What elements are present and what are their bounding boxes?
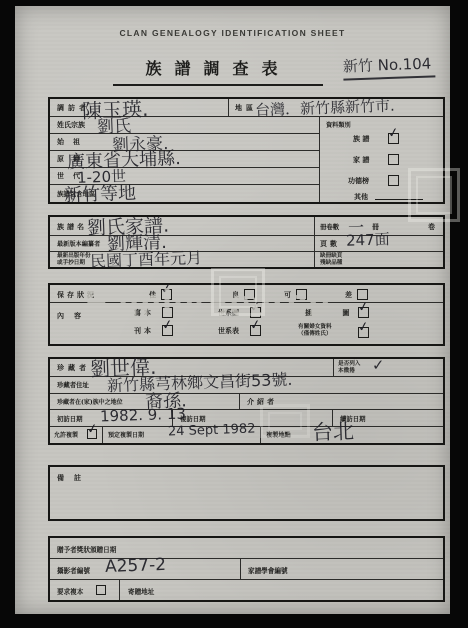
first-ancestor-label: 始祖 (57, 137, 89, 147)
checkbox-printed (162, 325, 173, 336)
holder-label: 珍藏者 (57, 363, 90, 373)
survey-table: 調訪者 地區 姓氏宗族 始祖 原籍 世代 族譜包含地區 資料類別 族 譜 家 譜… (48, 97, 445, 204)
permission-label: 允許複製 (54, 430, 78, 439)
remarks-label: 備註 (57, 473, 91, 483)
microfilm-frame: CLAN GENEALOGY IDENTIFICATION SHEET 族譜調查… (0, 0, 468, 628)
copy-date-label: 預定複製日期 (108, 430, 144, 439)
first-visit-value: 1982. 9. 13 (100, 405, 186, 426)
photographer-value: A257-2 (105, 555, 167, 577)
volumes-label: 冊卷數 (320, 222, 339, 231)
book-table: 族譜名 最新版本編纂者 最新出版年份 或手抄日期 冊卷數 冊 卷 頁數 缺冊缺頁… (48, 215, 445, 269)
type-other-label: 其他 (354, 192, 368, 202)
checkbox-jiapu (388, 154, 399, 165)
copy-date-value: 24 Sept 1982 (168, 421, 256, 439)
checkbox-illustrations (358, 307, 369, 318)
faint-seal-mark (211, 268, 265, 316)
photographer-label: 攝影者編號 (57, 565, 90, 575)
missing-label: 缺冊缺頁 殘缺品種 (320, 253, 342, 266)
volumes-unit2: 卷 (428, 222, 435, 232)
type-option-jiapu-label: 家 譜 (353, 155, 369, 165)
surname-label: 姓氏宗族 (57, 120, 85, 130)
checkbox-permission (87, 429, 97, 439)
listed-label: 是否列入 本微捲 (338, 361, 360, 374)
illustrations-label: 插 圖 (305, 308, 363, 318)
coverage-value: 新竹等地 (64, 179, 137, 207)
checkbox-cond-ok (296, 289, 307, 300)
english-title: CLAN GENEALOGY IDENTIFICATION SHEET (15, 28, 450, 38)
type-option-zupu-label: 族 譜 (353, 134, 369, 144)
copy-place-value: 台北 (311, 415, 354, 446)
faint-seal-mark (408, 168, 460, 222)
mailing-label: 寄贈地址 (128, 586, 154, 596)
form-title: 族譜調查表 (113, 56, 323, 86)
award-label: 贈予者獎狀頒贈日期 (57, 544, 116, 554)
holder-table: 珍藏者 是否列入 本微捲 ✓ 珍藏者住址 珍藏者在(家)族中之地位 介紹者 初訪… (48, 357, 445, 445)
cond-good-label: 佳 (149, 290, 156, 300)
form-paper: CLAN GENEALOGY IDENTIFICATION SHEET 族譜調查… (15, 6, 450, 614)
printed-label: 刊本 (134, 326, 154, 336)
serial-number: 新竹 No.104 (343, 52, 436, 80)
check-mark-icon: ✓ (372, 356, 385, 374)
checkbox-pedigree-table (250, 325, 261, 336)
pedigree-table-label: 世系表 (218, 326, 239, 336)
society-label: 家譜學會編號 (248, 565, 288, 575)
type-label: 資料類別 (326, 120, 351, 129)
checkbox-women-data (358, 327, 369, 338)
processing-table: 贈予者獎狀頒贈日期 攝影者編號 家譜學會編號 要求複本 寄贈地址 A257-2 (48, 536, 445, 602)
checkbox-zupu (388, 133, 399, 144)
checkbox-copy-request (96, 585, 106, 595)
book-title-label: 族譜名 (57, 222, 87, 232)
first-visit-label: 初訪日期 (57, 414, 83, 423)
checkbox-cond-good (161, 289, 172, 300)
faint-seal-mark (260, 404, 310, 438)
pages-value: 247面 (346, 228, 390, 251)
cond-ok-label: 可 (284, 290, 291, 300)
area-label: 地區 (235, 103, 257, 113)
address-label: 珍藏者住址 (57, 380, 89, 389)
type-option-gongdebang-label: 功德榜 (348, 176, 369, 186)
pages-label: 頁數 (320, 239, 340, 249)
checkbox-gongdebang (388, 175, 399, 186)
condition-label: 保存狀況 (57, 290, 97, 300)
pubdate-label: 最新出版年份 或手抄日期 (57, 253, 91, 266)
women-data-label: 有關婦女資料 （僅傳姓氏） (298, 324, 332, 337)
manuscript-label: 寫本 (134, 308, 154, 318)
position-label: 珍藏者在(家)族中之地位 (57, 397, 123, 406)
copy-request-label: 要求複本 (57, 586, 83, 596)
cond-poor-label: 差 (345, 290, 352, 300)
compiler-label: 最新版本編纂者 (57, 239, 100, 248)
pubdate-value: 民國丁酉年元月 (90, 245, 203, 272)
content-label: 內容 (57, 311, 91, 321)
remarks-table: 備註 (48, 465, 445, 521)
